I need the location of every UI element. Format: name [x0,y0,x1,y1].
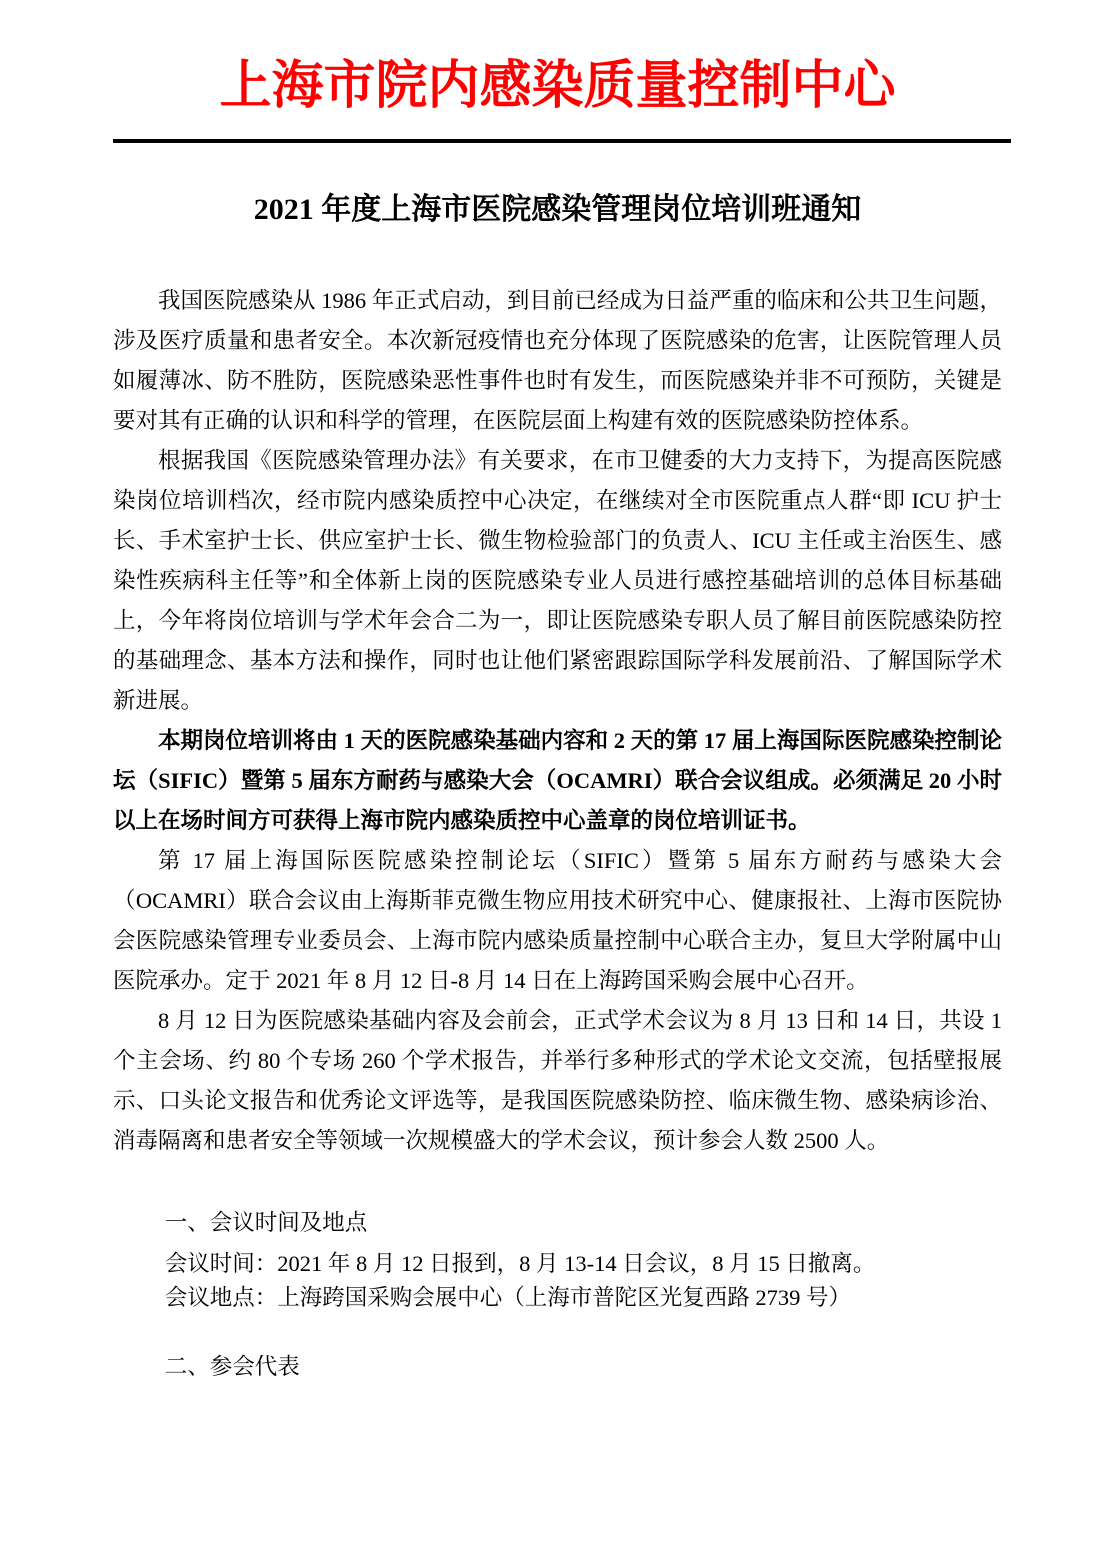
document-title: 2021 年度上海市医院感染管理岗位培训班通知 [113,189,1002,231]
paragraph-schedule-overview: 8 月 12 日为医院感染基础内容及会前会，正式学术会议为 8 月 13 日和 … [113,1001,1002,1161]
paragraph-intro: 我国医院感染从 1986 年正式启动，到目前已经成为日益严重的临床和公共卫生问题… [113,281,1002,441]
document-body: 我国医院感染从 1986 年正式启动，到目前已经成为日益严重的临床和公共卫生问题… [113,281,1002,1161]
document-page: 上海市院内感染质量控制中心 2021 年度上海市医院感染管理岗位培训班通知 我国… [0,0,1102,1559]
paragraph-basis: 根据我国《医院感染管理办法》有关要求，在市卫健委的大力支持下，为提高医院感染岗位… [113,441,1002,721]
section-heading-time-location: 一、会议时间及地点 [113,1203,1002,1243]
meeting-time-line: 会议时间：2021 年 8 月 12 日报到，8 月 13-14 日会议，8 月… [113,1247,1002,1281]
section-meeting-time-location: 一、会议时间及地点 会议时间：2021 年 8 月 12 日报到，8 月 13-… [113,1203,1002,1315]
section-attendees: 二、参会代表 [113,1347,1002,1387]
paragraph-organizers: 第 17 届上海国际医院感染控制论坛（SIFIC）暨第 5 届东方耐药与感染大会… [113,841,1002,1001]
org-header-title: 上海市院内感染质量控制中心 [113,56,1002,117]
paragraph-training-requirement-bold: 本期岗位培训将由 1 天的医院感染基础内容和 2 天的第 17 届上海国际医院感… [113,721,1002,841]
section-heading-attendees: 二、参会代表 [113,1347,1002,1387]
header-divider [113,139,1011,143]
meeting-location-line: 会议地点：上海跨国采购会展中心（上海市普陀区光复西路 2739 号） [113,1281,1002,1315]
section-details: 会议时间：2021 年 8 月 12 日报到，8 月 13-14 日会议，8 月… [113,1247,1002,1315]
